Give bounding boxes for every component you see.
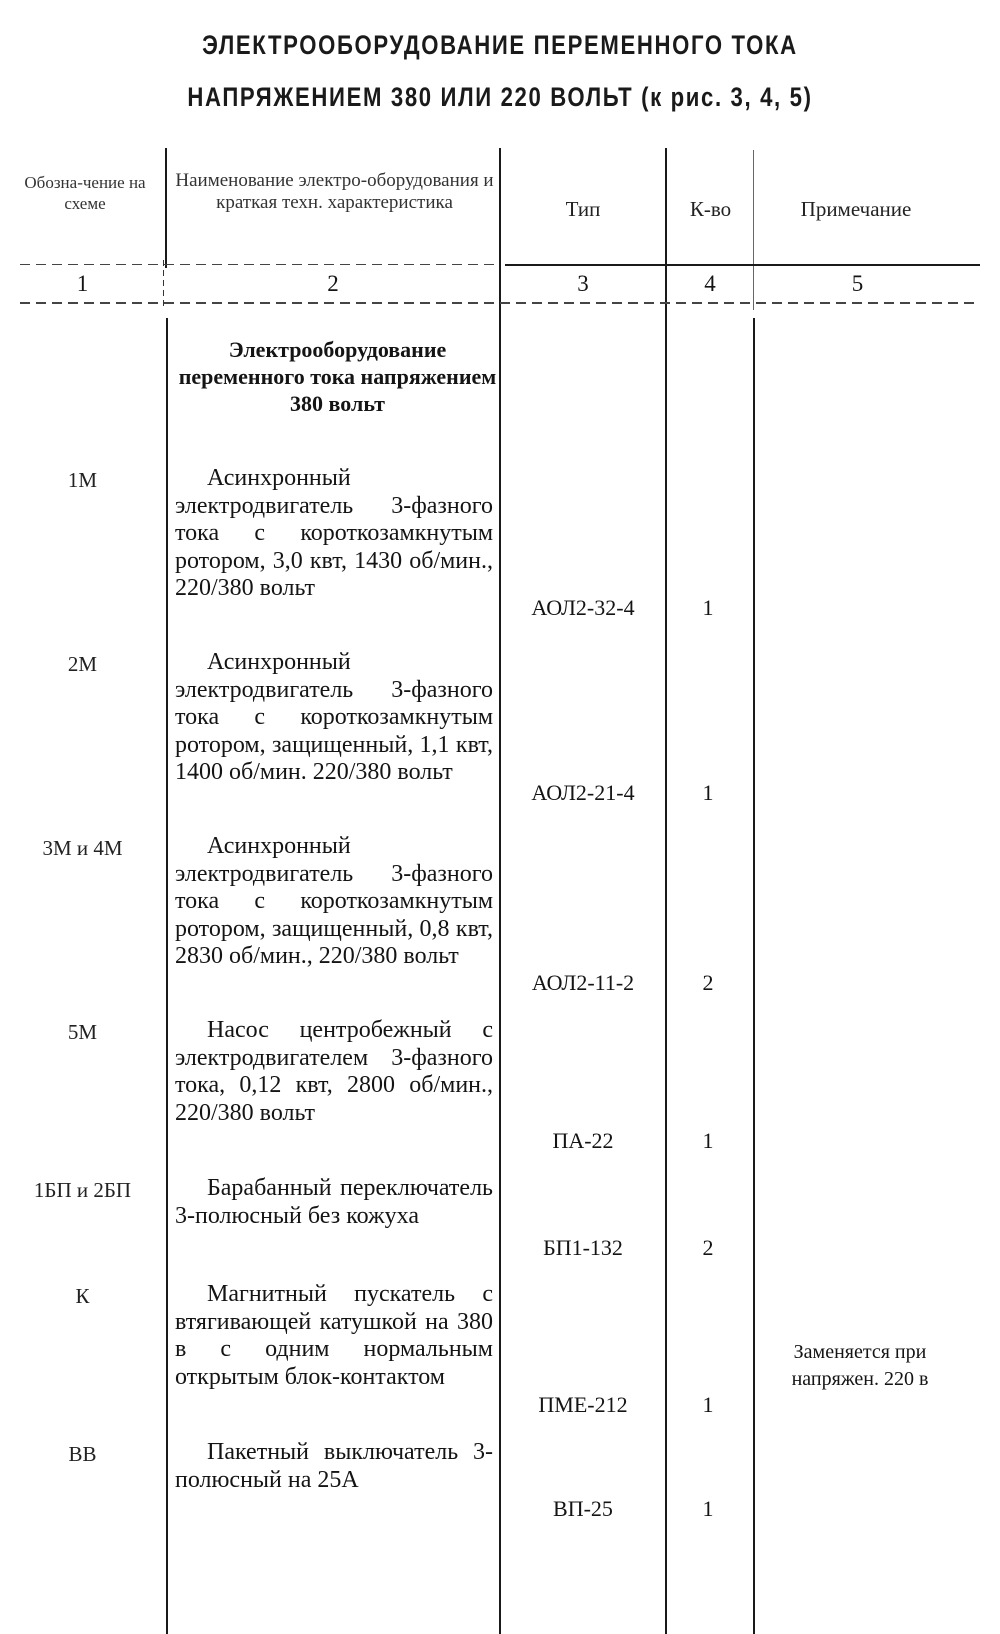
row-7-type: ВП-25 [503, 1496, 663, 1522]
header-rule-top-left [20, 264, 500, 265]
row-5-quantity: 2 [668, 1235, 748, 1261]
row-5-description: Барабанный переключатель 3-полюсный без … [175, 1175, 493, 1230]
row-7-designation: ВВ [0, 1442, 165, 1467]
column-number-2: 2 [167, 271, 499, 297]
row-6-quantity: 1 [668, 1392, 748, 1418]
section-title: Электрооборудование переменного тока нап… [175, 336, 500, 417]
document-title-line-2: НАПРЯЖЕНИЕМ 380 ИЛИ 220 ВОЛЬТ (к рис. 3,… [90, 82, 910, 113]
row-2-type: АОЛ2-21-4 [503, 780, 663, 806]
row-5-designation: 1БП и 2БП [0, 1178, 165, 1203]
row-3-description: Асинхронный электродвигатель 3-фазного т… [175, 833, 493, 971]
column-number-1: 1 [0, 271, 165, 297]
row-3-description-text: Асинхронный электродвигатель 3-фазного т… [175, 833, 493, 971]
column-rule-4 [665, 148, 667, 1634]
column-rule-5-body [753, 318, 755, 1634]
row-7-description: Пакетный выключатель 3-полюсный на 25А [175, 1439, 493, 1494]
row-1-description-text: Асинхронный электродвигатель 3-фазного т… [175, 465, 493, 603]
row-7-quantity: 1 [668, 1496, 748, 1522]
row-6-type: ПМЕ-212 [503, 1392, 663, 1418]
row-2-description-text: Асинхронный электродвигатель 3-фазного т… [175, 649, 493, 787]
column-rule-5 [753, 150, 754, 310]
row-1-description: Асинхронный электродвигатель 3-фазного т… [175, 465, 493, 603]
row-4-designation: 5М [0, 1020, 165, 1045]
row-2-quantity: 1 [668, 780, 748, 806]
row-4-quantity: 1 [668, 1128, 748, 1154]
header-note: Примечание [756, 196, 956, 222]
column-number-5: 5 [755, 271, 960, 297]
header-rule-bottom [20, 302, 980, 304]
row-1-quantity: 1 [668, 595, 748, 621]
row-6-note: Заменяется при напряжен. 220 в [760, 1339, 960, 1393]
header-type: Тип [503, 196, 663, 222]
row-3-designation: 3М и 4М [0, 836, 165, 861]
row-1-designation: 1М [0, 468, 165, 493]
row-5-type: БП1-132 [503, 1235, 663, 1261]
header-description-text: Наименование электро-оборудования и крат… [175, 170, 493, 213]
row-3-type: АОЛ2-11-2 [503, 970, 663, 996]
header-quantity: К-во [668, 196, 753, 222]
document-title-line-1: ЭЛЕКТРООБОРУДОВАНИЕ ПЕРЕМЕННОГО ТОКА [90, 30, 910, 61]
row-5-description-text: Барабанный переключатель 3-полюсный без … [175, 1175, 493, 1230]
header-designation-text: Обозна-чение на схеме [24, 173, 145, 213]
row-4-description: Насос центробежный с электродвигателем 3… [175, 1017, 493, 1127]
column-number-4: 4 [667, 271, 753, 297]
row-6-designation: К [0, 1284, 165, 1309]
row-6-description: Магнитный пускатель с втягивающей катушк… [175, 1281, 493, 1391]
column-rule-2 [165, 148, 167, 268]
row-2-designation: 2М [0, 652, 165, 677]
header-description: Наименование электро-оборудования и крат… [172, 170, 497, 214]
row-4-type: ПА-22 [503, 1128, 663, 1154]
row-6-description-text: Магнитный пускатель с втягивающей катушк… [175, 1281, 493, 1391]
header-designation: Обозна-чение на схеме [10, 172, 160, 214]
row-3-quantity: 2 [668, 970, 748, 996]
row-4-description-text: Насос центробежный с электродвигателем 3… [175, 1017, 493, 1127]
row-2-description: Асинхронный электродвигатель 3-фазного т… [175, 649, 493, 787]
row-7-description-text: Пакетный выключатель 3-полюсный на 25А [175, 1439, 493, 1494]
column-number-3: 3 [501, 271, 665, 297]
row-1-type: АОЛ2-32-4 [503, 595, 663, 621]
header-rule-top-right [505, 264, 980, 266]
column-rule-2-body [166, 318, 168, 1634]
